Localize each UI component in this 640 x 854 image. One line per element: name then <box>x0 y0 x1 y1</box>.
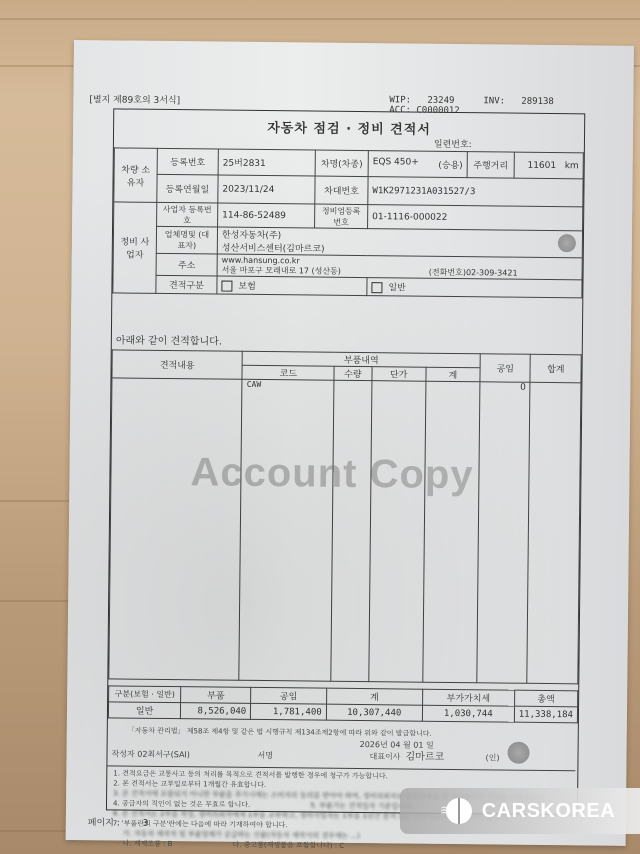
estimate-type-label: 견적구분 <box>156 275 217 294</box>
invoice-number: INV: 289138 <box>483 96 554 107</box>
business-section-label: 정비 사업자 <box>113 202 157 293</box>
account-copy-watermark: Account Copy <box>190 450 474 498</box>
reg-no-label: 등록번호 <box>157 148 218 175</box>
official-seal-icon <box>507 742 529 764</box>
general-checkbox[interactable] <box>371 282 382 293</box>
estimate-form: 자동차 점검 · 정비 견적서 일련번호: 차량 소유자 등록번호 25버283… <box>106 108 585 815</box>
sign-label: 서명 <box>257 751 273 761</box>
reg-date-label: 등록연월일 <box>157 174 218 203</box>
wip-number: WIP: 23249 <box>389 95 454 106</box>
vehicle-business-table: 차량 소유자 등록번호 25버2831 차명(차종) EQS 450+(승용) … <box>112 147 584 298</box>
author: 작성자 02최서구(SAI) <box>111 749 190 760</box>
biz-no-value: 114-86-52489 <box>218 203 315 228</box>
option-insurance[interactable]: 보험 <box>217 276 367 296</box>
mileage-value: 11601 km <box>514 152 583 179</box>
brand-name: CARSKOREA <box>482 800 615 823</box>
form-reference: [별지 제89호의 3서식] <box>89 92 180 106</box>
carskorea-watermark-banner: ≋ CARSKOREA <box>400 788 640 834</box>
items-table: 견적내용 부품내역 공임 합계 코드 수량 단가 계 CAW 0 <box>108 349 581 684</box>
vin-value: W1K2971231A031527/3 <box>368 177 583 207</box>
reg-date-value: 2023/11/24 <box>218 175 315 204</box>
document-title: 자동차 점검 · 정비 견적서 <box>114 115 584 139</box>
table-row: CAW 0 <box>109 378 581 684</box>
col-unit-price: 단가 <box>372 367 426 382</box>
intro-text: 아래와 같이 견적합니다. <box>116 331 222 347</box>
insurance-checkbox[interactable] <box>221 281 232 292</box>
model-label: 차명(차종) <box>315 150 368 177</box>
company-label: 업체명및 (대표자) <box>156 226 217 254</box>
ceo: 대표이사 김마르코 <box>369 752 444 763</box>
repair-reg-label: 정비업등록번호 <box>315 204 368 229</box>
owner-section-label: 차량 소유자 <box>114 148 158 202</box>
page-indicator: 페이지 : 3 <box>88 815 149 829</box>
biz-no-label: 사업자 등록번호 <box>157 202 218 227</box>
col-code: 코드 <box>242 365 334 380</box>
col-sum: 계 <box>426 367 480 382</box>
issuance-statement: 「자동차 관리법」 제58조 제4항 및 같은 법 시행규칙 제134조제2항에… <box>128 726 432 739</box>
mileage-label: 주행거리 <box>467 152 514 178</box>
option-general[interactable]: 일반 <box>367 278 582 298</box>
col-total: 합계 <box>530 354 581 383</box>
repair-reg-value: 01-1116-000022 <box>368 205 583 231</box>
estimate-document: [별지 제89호의 3서식] WIP: 23249 ACC: C0000012 … <box>66 40 634 846</box>
col-qty: 수량 <box>334 366 372 380</box>
carskorea-logo-icon <box>446 798 472 824</box>
reg-no-value: 25버2831 <box>218 149 315 176</box>
issuance-date: 2026년 04 월 01 일 <box>360 740 434 751</box>
model-value: EQS 450+(승용) <box>368 151 467 178</box>
serial-number-label: 일련번호: <box>434 137 472 150</box>
vin-label: 차대번호 <box>315 176 368 205</box>
col-labor: 공임 <box>480 354 531 383</box>
col-content: 견적내용 <box>112 350 243 379</box>
summary-table: 구분(보험 · 일반) 부품 공임 계 부가가치세 총액 일반 8,526,04… <box>108 685 578 723</box>
seal-label: (인) <box>485 753 499 763</box>
address-label: 주소 <box>156 253 217 276</box>
company-seal-icon <box>558 234 576 252</box>
company-value: 한성자동차(주) 성산서비스센터(김마르코) <box>217 227 582 258</box>
